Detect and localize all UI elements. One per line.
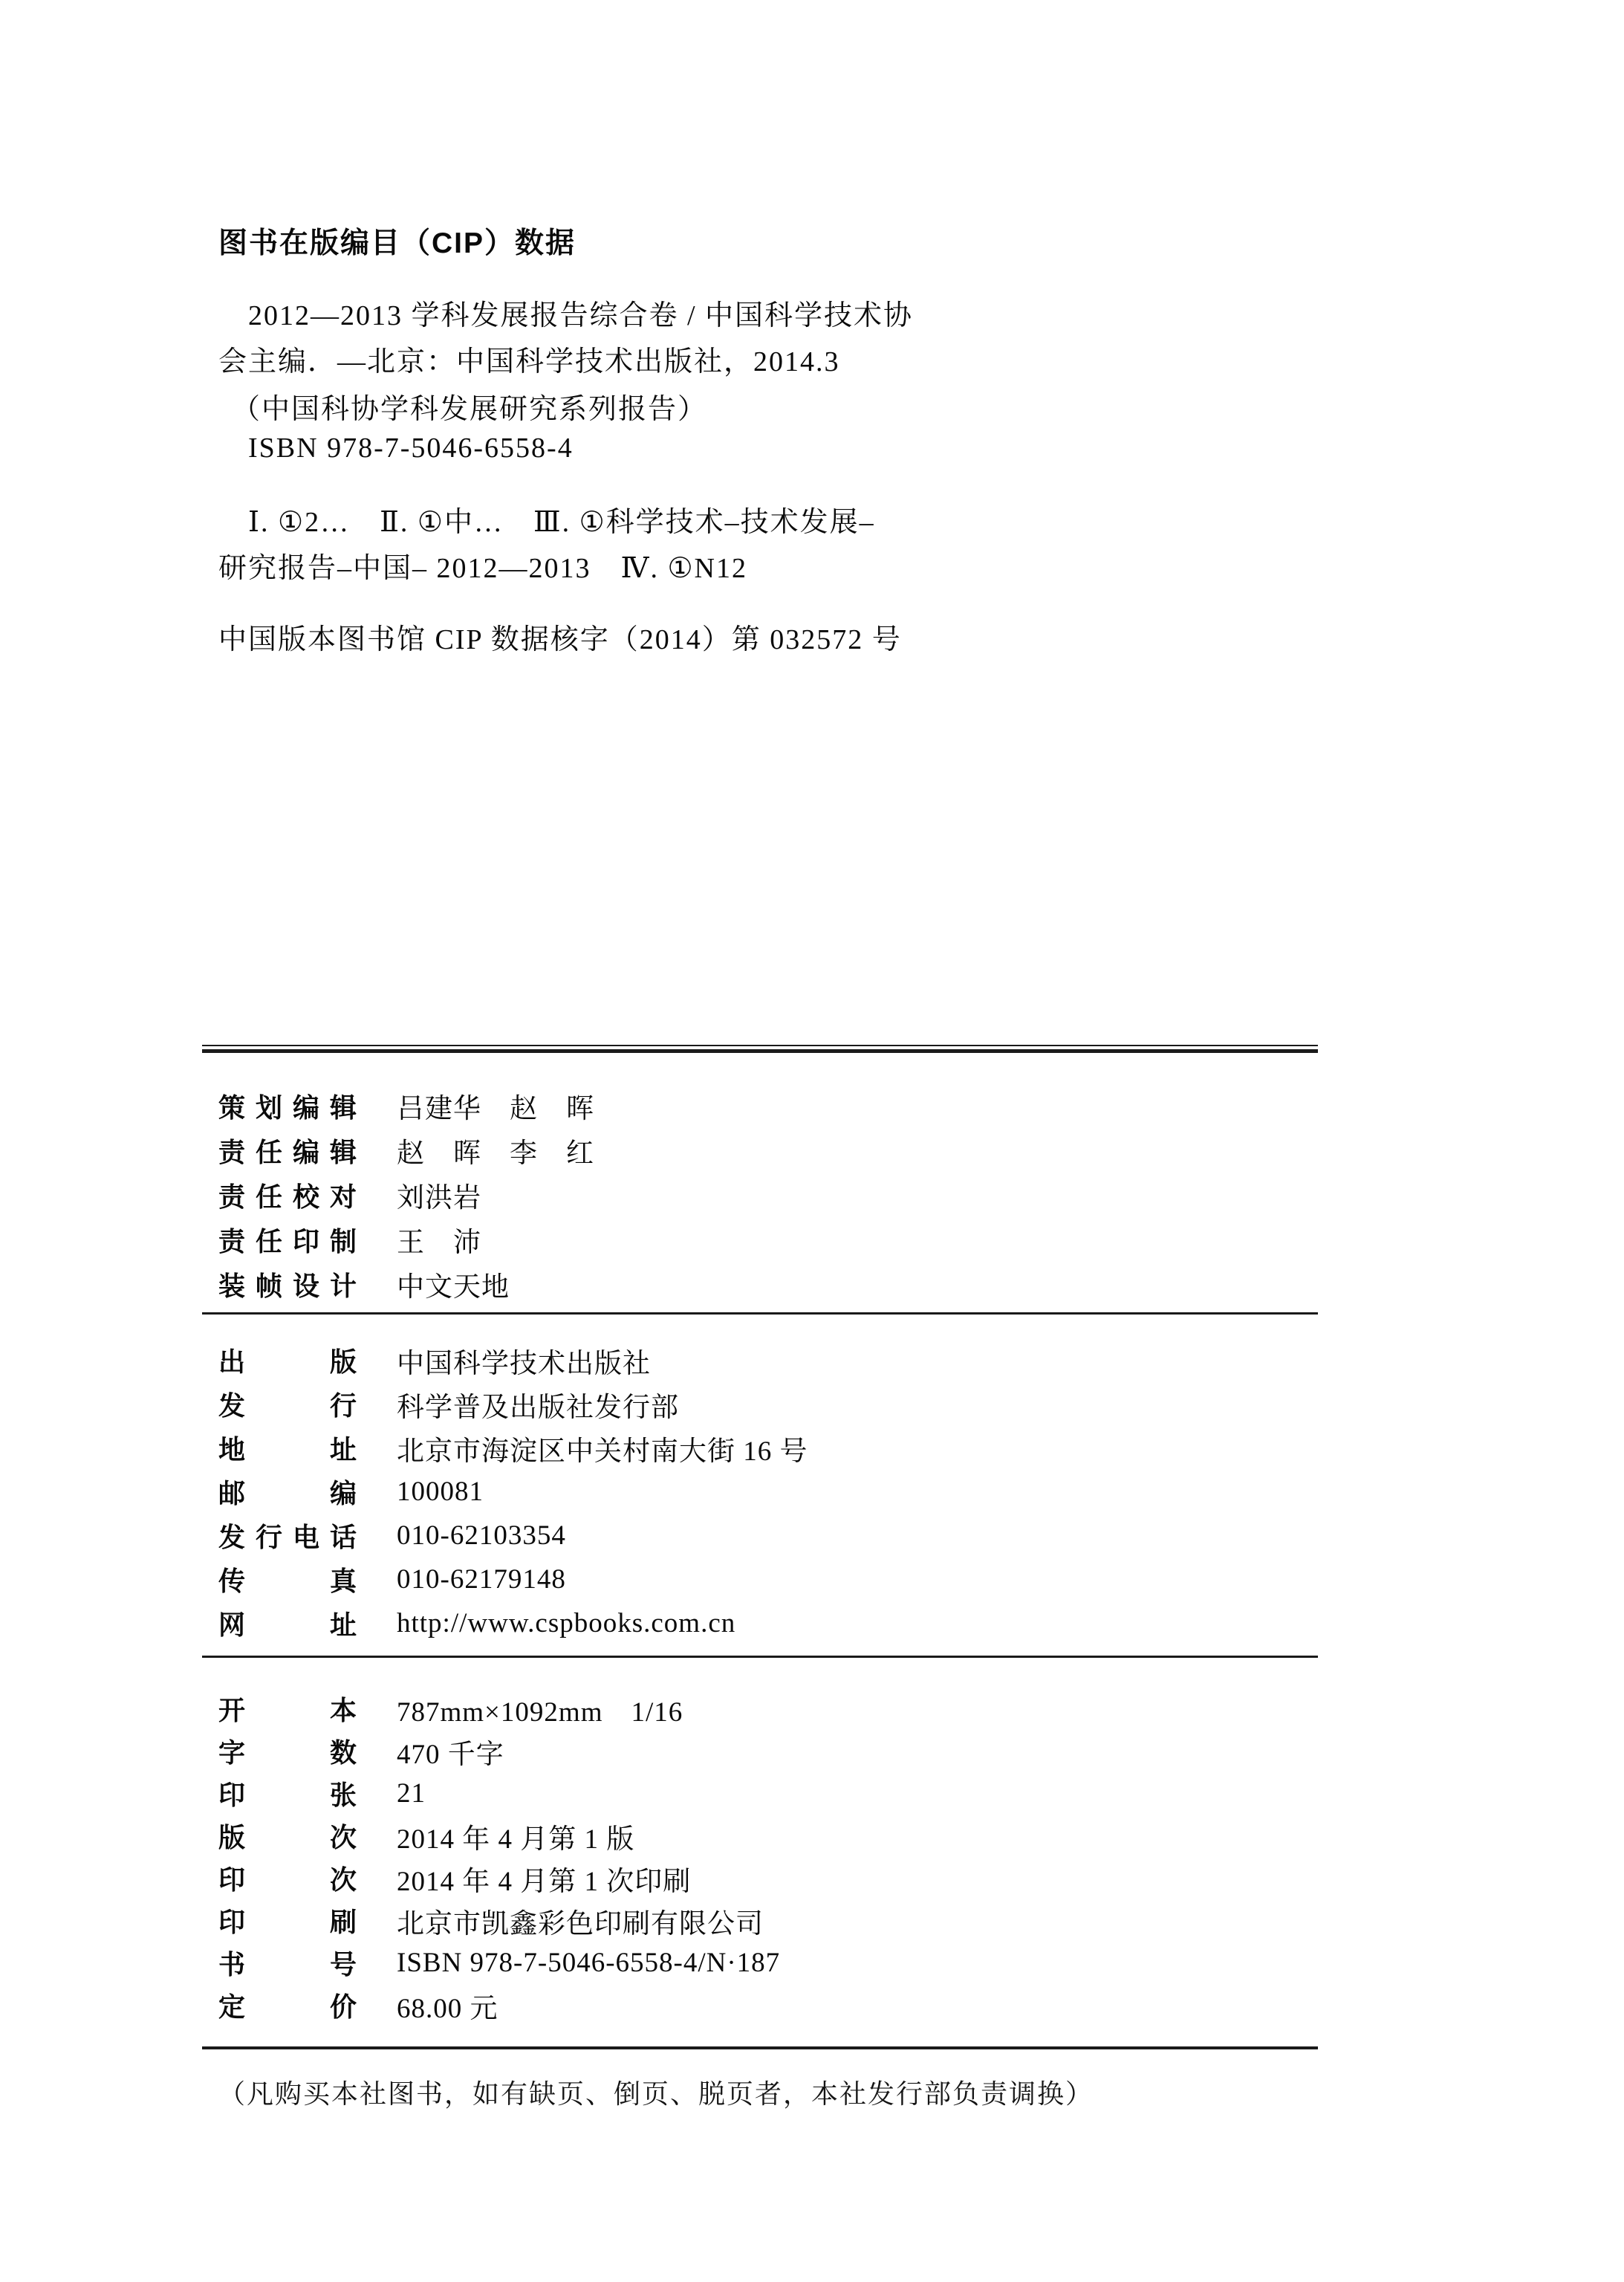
publisher-row: 发行电话 010-62103354 [0,1514,1624,1557]
printing-value: 21 [397,1777,426,1809]
printing-section: 开 本 787mm×1092mm 1/16 字 数 470 千字 印 张 21 … [0,1688,1624,2026]
credits-label: 责任编辑 [218,1132,357,1170]
printing-value: 787mm×1092mm 1/16 [397,1689,683,1729]
printing-label: 定 价 [218,1986,357,2024]
credits-label: 责任印制 [218,1221,357,1259]
cip-record-number: 中国版本图书馆 CIP 数据核字（2014）第 032572 号 [218,623,902,657]
publisher-value: 010-62103354 [397,1520,566,1552]
publisher-row: 地 址 北京市海淀区中关村南大街 16 号 [0,1426,1624,1470]
printing-label: 开 本 [218,1690,357,1728]
printing-label: 书 号 [218,1944,357,1982]
printing-row: 开 本 787mm×1092mm 1/16 [0,1688,1624,1730]
publisher-label: 地 址 [218,1429,357,1467]
credits-value: 中文天地 [397,1264,510,1304]
credits-value: 王 沛 [397,1219,481,1260]
publisher-row: 邮 编 100081 [0,1470,1624,1514]
divider-double-thick [202,1049,1318,1053]
publisher-label: 发 行 [218,1385,357,1423]
printing-label: 字 数 [218,1732,357,1770]
publisher-label: 传 真 [218,1560,357,1598]
divider-publisher-printing [202,1656,1318,1658]
publisher-value: 科学普及出版社发行部 [397,1384,679,1424]
printing-value: 北京市凯鑫彩色印刷有限公司 [397,1901,764,1941]
publisher-label: 发行电话 [218,1517,357,1555]
cip-entry-line-1: 2012—2013 学科发展报告综合卷 / 中国科学技术协 [218,299,913,333]
cip-series-note: （中国科协学科发展研究系列报告） [218,392,707,427]
cip-classification-line-2: 研究报告–中国– 2012—2013 Ⅳ. ①N12 [218,551,747,586]
divider-credits-publisher [202,1312,1318,1315]
publisher-value: 中国科学技术出版社 [397,1341,651,1381]
printing-row: 定 价 68.00 元 [0,1984,1624,2026]
credits-row: 责任校对 刘洪岩 [0,1173,1624,1217]
printing-value: 2014 年 4 月第 1 次印刷 [397,1858,691,1899]
credits-value: 赵 晖 李 红 [397,1130,594,1170]
printing-row: 印 次 2014 年 4 月第 1 次印刷 [0,1857,1624,1899]
publisher-row: 出 版 中国科学技术出版社 [0,1338,1624,1382]
cip-heading: 图书在版编目（CIP）数据 [218,220,576,262]
printing-label: 印 次 [218,1859,357,1897]
printing-label: 版 次 [218,1817,357,1855]
publisher-value: 010-62179148 [397,1563,566,1595]
credits-label: 装帧设计 [218,1265,357,1303]
printing-row: 版 次 2014 年 4 月第 1 版 [0,1815,1624,1857]
cip-entry-line-2: 会主编．—北京：中国科学技术出版社，2014.3 [218,345,840,379]
credits-label: 责任校对 [218,1176,357,1214]
credits-section: 策划编辑 吕建华 赵 晖 责任编辑 赵 晖 李 红 责任校对 刘洪岩 责任印制 … [0,1083,1624,1306]
credits-row: 责任编辑 赵 晖 李 红 [0,1128,1624,1173]
printing-label: 印 张 [218,1774,357,1812]
publisher-value: 北京市海淀区中关村南大街 16 号 [397,1428,808,1468]
printing-price: 68.00 元 [397,1986,498,2026]
divider-notice [202,2046,1318,2049]
credits-value: 吕建华 赵 晖 [397,1086,594,1126]
printing-isbn: ISBN 978-7-5046-6558-4/N·187 [397,1947,780,1979]
publisher-label: 出 版 [218,1341,357,1379]
credits-value: 刘洪岩 [397,1175,481,1215]
publisher-section: 出 版 中国科学技术出版社 发 行 科学普及出版社发行部 地 址 北京市海淀区中… [0,1338,1624,1645]
publisher-row: 网 址 http://www.cspbooks.com.cn [0,1601,1624,1645]
replacement-notice: （凡购买本社图书，如有缺页、倒页、脱页者，本社发行部负责调换） [218,2073,1094,2111]
printing-row: 印 刷 北京市凯鑫彩色印刷有限公司 [0,1899,1624,1942]
publisher-value: 100081 [397,1476,484,1508]
printing-label: 印 刷 [218,1902,357,1939]
printing-value: 470 千字 [397,1731,504,1772]
printing-row: 字 数 470 千字 [0,1730,1624,1772]
credits-row: 装帧设计 中文天地 [0,1262,1624,1306]
publisher-label: 网 址 [218,1604,357,1642]
credits-row: 策划编辑 吕建华 赵 晖 [0,1083,1624,1128]
printing-row: 印 张 21 [0,1772,1624,1815]
printing-row: 书 号 ISBN 978-7-5046-6558-4/N·187 [0,1942,1624,1984]
credits-label: 策划编辑 [218,1087,357,1125]
divider-double-thin [202,1045,1318,1046]
credits-row: 责任印制 王 沛 [0,1217,1624,1262]
publisher-website: http://www.cspbooks.com.cn [397,1607,735,1639]
publisher-row: 发 行 科学普及出版社发行部 [0,1382,1624,1426]
cip-classification-line-1: Ⅰ. ①2… Ⅱ. ①中… Ⅲ. ①科学技术–技术发展– [218,505,875,539]
cip-isbn-line: ISBN 978-7-5046-6558-4 [218,431,574,465]
publisher-row: 传 真 010-62179148 [0,1557,1624,1601]
colophon-page: 图书在版编目（CIP）数据 2012—2013 学科发展报告综合卷 / 中国科学… [0,0,1624,2282]
publisher-label: 邮 编 [218,1473,357,1511]
printing-value: 2014 年 4 月第 1 版 [397,1816,634,1856]
